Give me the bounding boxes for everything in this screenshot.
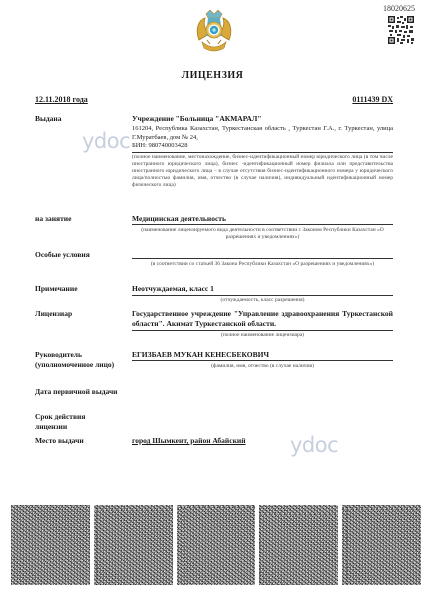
remark-label: Примечание (35, 284, 78, 294)
divider (132, 295, 393, 296)
validity-label-line2: лицензии (35, 422, 85, 432)
qr-code-icon (387, 15, 415, 45)
licensor-note: (полное наименование лицензиара) (132, 332, 393, 339)
remark-note: (отчуждаемость, класс разрешения) (132, 297, 393, 304)
2d-barcode-icon (94, 505, 173, 585)
place-of-issue-value: город Шымкент, район Абайский (132, 436, 246, 445)
issued-to-label: Выдана (35, 114, 61, 124)
licensor-value: Государственное учреждение "Управление з… (132, 309, 393, 329)
first-issue-date-label: Дата первичной выдачи (35, 387, 118, 397)
remark-value: Неотчуждаемая, класс 1 (132, 284, 392, 294)
issued-to-note: (полное наименование, местонахождение, б… (132, 154, 393, 189)
watermark: ydoc (290, 433, 338, 457)
document-number: 18020625 (383, 4, 415, 13)
issued-to-address: 161204, Республика Казахстан, Туркестанс… (132, 125, 393, 142)
license-number: 0111439 DX (352, 95, 393, 104)
divider (132, 224, 393, 225)
head-label-line2: (уполномоченное лицо) (35, 360, 114, 370)
2d-barcode-icon (11, 505, 90, 585)
head-value: ЕГИЗБАЕВ МУКАН КЕНЕСБЕКОВИЧ (132, 350, 392, 360)
2d-barcode-icon (259, 505, 338, 585)
2d-barcode-icon (342, 505, 421, 585)
activity-note: (наименование лицензируемого вида деятел… (132, 227, 393, 241)
activity-label: на занятие (35, 214, 71, 224)
issued-to-bin: БИН: 980740003428 (132, 142, 393, 151)
issued-to-value: Учреждение "Больница "АКМАРАЛ" (132, 114, 392, 124)
divider (132, 152, 393, 153)
validity-label-line1: Срок действия (35, 412, 85, 422)
special-conditions-note: (в соответствии со статьей 36 Закона Рес… (132, 261, 393, 268)
barcode-strip (11, 505, 421, 585)
divider (132, 360, 393, 361)
watermark: ydoc (82, 129, 130, 153)
page-title: ЛИЦЕНЗИЯ (0, 70, 425, 81)
head-note: (фамилия, имя, отчество (в случае наличи… (132, 363, 393, 370)
divider (132, 330, 393, 331)
activity-value: Медицинская деятельность (132, 214, 392, 224)
issue-date: 12.11.2018 года (35, 95, 88, 104)
2d-barcode-icon (177, 505, 256, 585)
special-conditions-label: Особые условия (35, 250, 90, 260)
divider (132, 258, 393, 259)
validity-label: Срок действия лицензии (35, 412, 85, 432)
place-of-issue-label: Место выдачи (35, 436, 84, 446)
licensor-label: Лицензиар (35, 309, 72, 319)
kazakhstan-state-emblem-icon (195, 6, 233, 56)
head-label: Руководитель (уполномоченное лицо) (35, 350, 114, 370)
head-label-line1: Руководитель (35, 350, 114, 360)
